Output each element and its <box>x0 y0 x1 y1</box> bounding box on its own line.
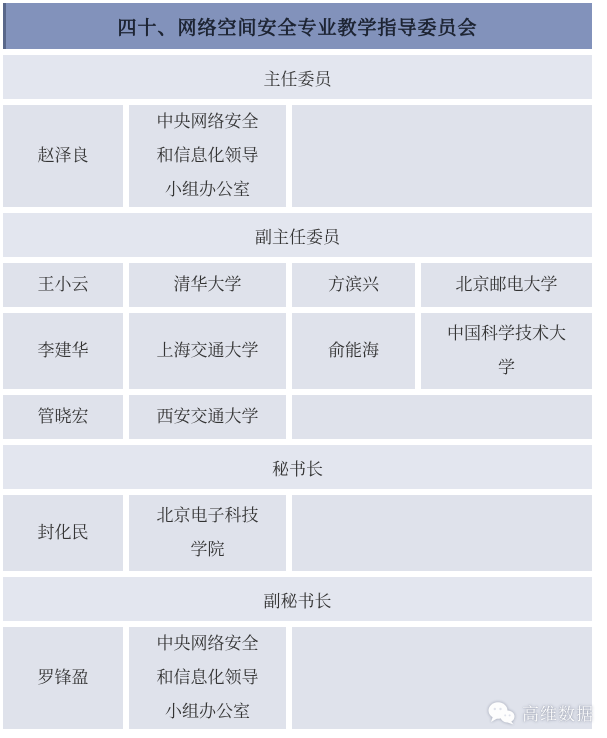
section-header-secretary: 秘书长 <box>3 445 592 489</box>
member-affiliation: 北京电子科技 学院 <box>129 495 286 571</box>
member-name: 方滨兴 <box>292 263 415 307</box>
member-name: 李建华 <box>3 313 123 389</box>
empty-cell <box>292 105 592 207</box>
member-name: 王小云 <box>3 263 123 307</box>
member-name: 赵泽良 <box>3 105 123 207</box>
table-title: 四十、网络空间安全专业教学指导委员会 <box>3 3 592 49</box>
member-affiliation: 上海交通大学 <box>129 313 286 389</box>
section-header-chair: 主任委员 <box>3 55 592 99</box>
committee-table-page: 四十、网络空间安全专业教学指导委员会 主任委员 赵泽良 中央网络安全 和信息化领… <box>0 0 607 738</box>
watermark-label: 高维数据 <box>522 700 594 725</box>
empty-cell <box>292 395 592 439</box>
section-header-vice-chair: 副主任委员 <box>3 213 592 257</box>
wechat-icon <box>488 701 515 725</box>
member-name: 俞能海 <box>292 313 415 389</box>
member-affiliation: 中央网络安全 和信息化领导 小组办公室 <box>129 627 286 729</box>
member-name: 罗锋盈 <box>3 627 123 729</box>
empty-cell <box>292 495 592 571</box>
member-affiliation: 西安交通大学 <box>129 395 286 439</box>
member-affiliation: 中央网络安全 和信息化领导 小组办公室 <box>129 105 286 207</box>
committee-table: 四十、网络空间安全专业教学指导委员会 主任委员 赵泽良 中央网络安全 和信息化领… <box>3 3 592 729</box>
section-header-deputy-secretary: 副秘书长 <box>3 577 592 621</box>
member-name: 管晓宏 <box>3 395 123 439</box>
member-affiliation: 清华大学 <box>129 263 286 307</box>
member-affiliation: 中国科学技术大 学 <box>421 313 592 389</box>
watermark: 高维数据 <box>488 700 594 725</box>
member-name: 封化民 <box>3 495 123 571</box>
member-affiliation: 北京邮电大学 <box>421 263 592 307</box>
